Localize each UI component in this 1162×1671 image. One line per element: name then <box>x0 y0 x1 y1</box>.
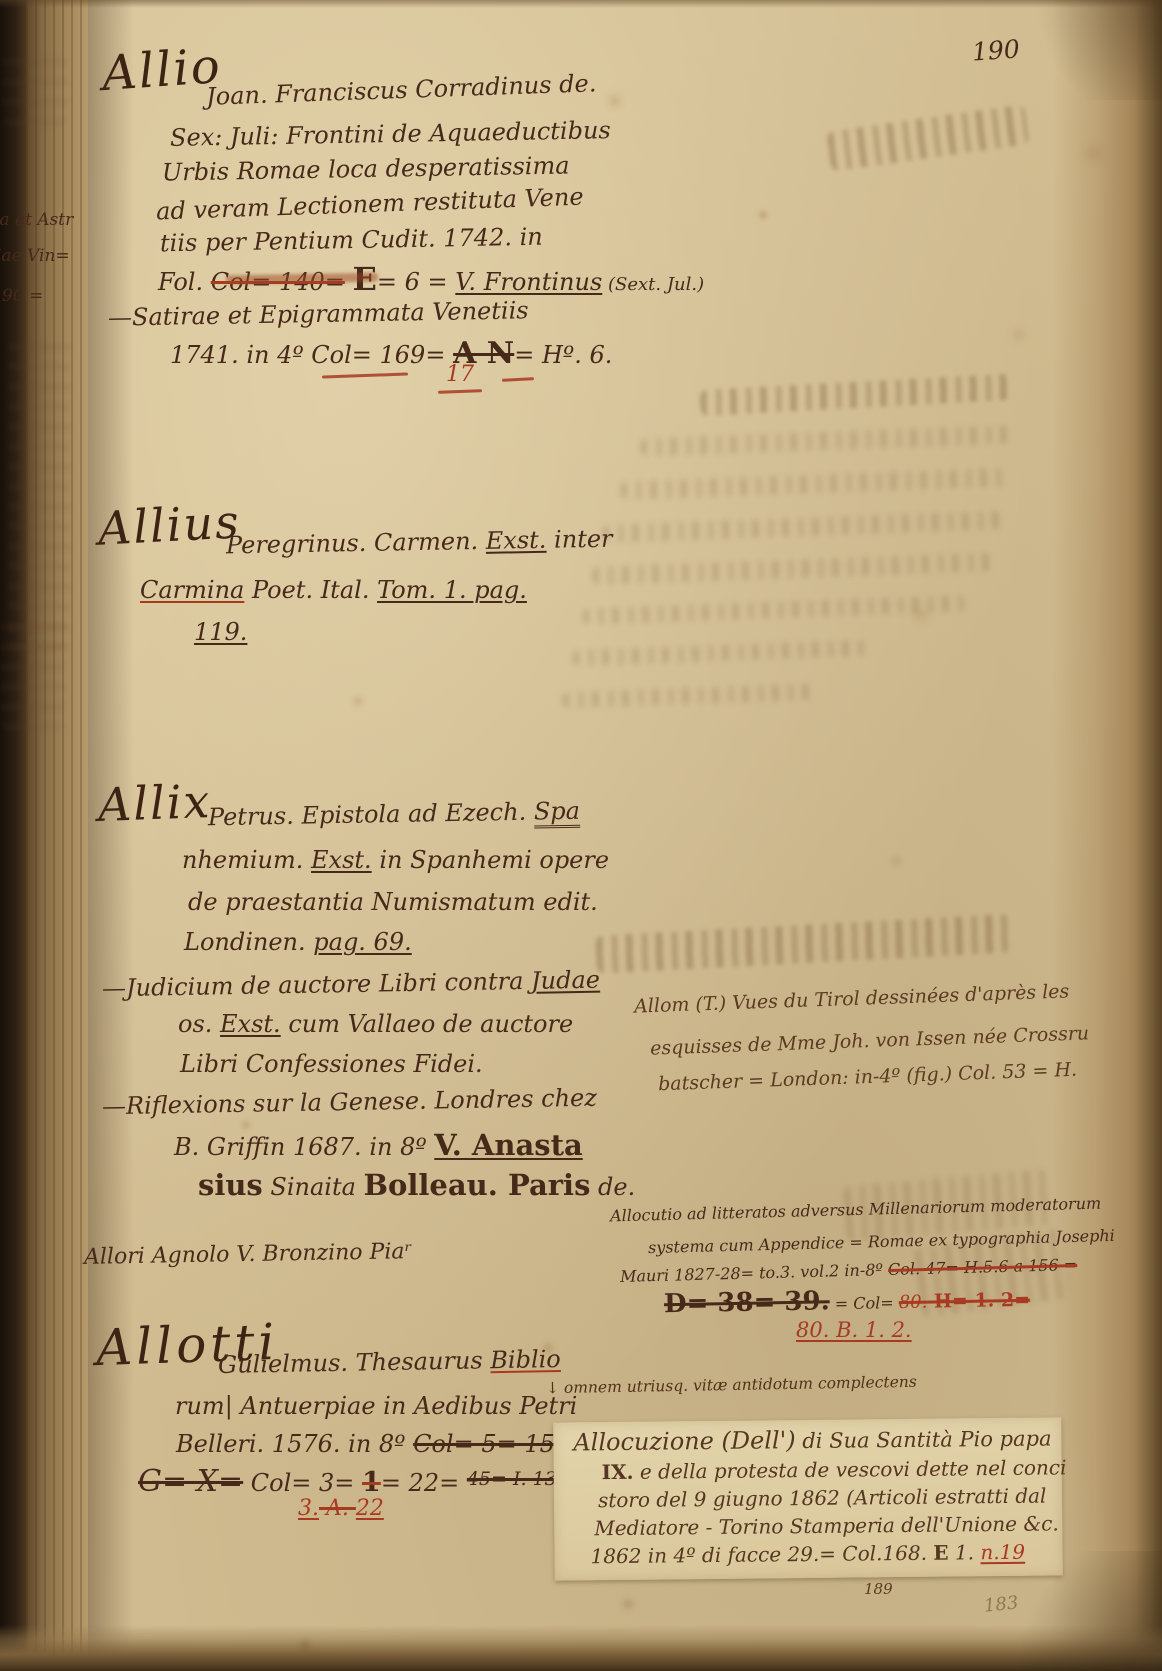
bleed-through-smudge <box>572 640 872 666</box>
entry-line: Gulielmus. Thesaurus Biblio <box>218 1345 561 1379</box>
bleed-through-smudge <box>562 684 817 709</box>
gutter-shadow <box>88 0 134 1671</box>
entry-allom-line: esquisses de Mme Joh. von Issen née Cros… <box>650 1022 1090 1059</box>
entry-line: —Satirae et Epigrammata Venetiis <box>108 296 529 331</box>
line-text: (Sext. Jul.) <box>602 274 704 295</box>
line-text: inter <box>546 525 613 554</box>
underlined-text: Exst. <box>311 846 372 874</box>
line-text: 1862 in 4º di facce 29.= Col.168. <box>590 1541 933 1569</box>
slip-line: IX. e della protesta de vescovi dette ne… <box>602 1455 1067 1484</box>
entry-allori: Allori Agnolo V. Bronzino Piaʳ <box>84 1239 413 1270</box>
bleed-through-smudge <box>592 553 997 585</box>
line-text: Fol. <box>158 268 211 296</box>
note-number: 189 <box>864 1580 893 1598</box>
line-text: os. <box>178 1010 220 1038</box>
cross-reference: Bolleau. Paris <box>364 1168 591 1202</box>
red-struck-text: A. <box>319 1496 356 1521</box>
entry-allom-line: batscher = London: in-4º (fig.) Col. 53 … <box>658 1059 1078 1096</box>
line-text: de. <box>590 1173 635 1201</box>
line-text: B. Griffin 1687. in 8º <box>174 1133 434 1161</box>
entry-allom-line: Allom (T.) Vues du Tirol dessinées d'apr… <box>634 980 1070 1017</box>
roman-numeral: IX. <box>602 1460 634 1484</box>
bleed-through-smudge <box>582 595 967 624</box>
faded-number: 183 <box>983 1592 1019 1616</box>
line-text: Londinen. <box>184 928 313 956</box>
page-number: 190 <box>971 34 1021 66</box>
line-text: e della protesta de vescovi dette nel co… <box>633 1455 1066 1484</box>
slip-line: storo del 9 giugno 1862 (Articoli estrat… <box>598 1484 1047 1513</box>
line-text: di Sua Santità Pio papa <box>795 1426 1051 1453</box>
line-text: Peregrinus. Carmen. <box>226 527 486 560</box>
entry-allocutio-line: D= 38= 39. = Col= 80. H= 1. 2= <box>664 1283 1031 1319</box>
underlined-text: Tom. 1. pag. <box>377 576 527 604</box>
entry-line: rum| Antuerpiae in Aedibus Petri <box>175 1392 577 1420</box>
page-edge-bottom <box>0 1625 1162 1671</box>
red-correction: 3. A. 22 <box>298 1496 384 1521</box>
red-underline <box>502 377 534 382</box>
pasted-slip: Allocuzione (Dell') di Sua Santità Pio p… <box>553 1417 1063 1580</box>
cross-reference: V. Anasta <box>434 1128 583 1162</box>
red-text: 22 <box>356 1496 384 1521</box>
entry-line: Carmina Poet. Ital. Tom. 1. pag. <box>140 576 527 604</box>
entry-line: de praestantia Numismatum edit. <box>188 888 598 916</box>
line-text: in Spanhemi opere <box>372 846 609 874</box>
slip-line: Mediatore - Torino Stamperia dell'Unione… <box>594 1511 1059 1540</box>
struck-shelf-letters: D= 38= 39. <box>664 1286 830 1319</box>
line-text: = Hº. 6. <box>514 341 612 369</box>
margin-fragment: 90 = <box>2 286 43 306</box>
entry-line: tiis per Pentium Cudit. 1742. in <box>160 223 543 258</box>
entry-headword-allix: Allix <box>97 774 212 832</box>
red-underline <box>322 373 408 379</box>
line-text: nhemium. <box>182 846 311 874</box>
slip-headword: Allocuzione (Dell') <box>573 1426 795 1456</box>
margin-fragment: lae Vin= <box>0 246 70 266</box>
entry-line: Belleri. 1576. in 8º Col= 5= 150= <box>176 1430 590 1458</box>
shelfmark-line: 1741. in 4º Col= 169= A N= Hº. 6. <box>170 336 612 371</box>
line-text: Sinaita <box>263 1173 364 1201</box>
red-underlined-text: Biblio <box>490 1345 561 1374</box>
double-underlined-text: Spa <box>534 797 581 829</box>
entry-line: sius Sinaita Bolleau. Paris de. <box>198 1168 635 1202</box>
underlined-text: Exst. <box>486 526 547 555</box>
underlined-text: Judae <box>531 966 600 995</box>
foxing-stains <box>0 0 6 6</box>
bleed-through-smudge <box>2 55 68 125</box>
struck-text: H= 1. 2= <box>927 1289 1030 1313</box>
entry-line: os. Exst. cum Vallaeo de auctore <box>178 1010 573 1038</box>
line-text: Col= 169= <box>311 341 445 369</box>
slip-line: 1862 in 4º di facce 29.= Col.168. E 1. n… <box>590 1540 1025 1569</box>
cross-reference: sius <box>198 1168 263 1202</box>
bleed-through-smudge <box>620 468 1010 500</box>
struck-shelf-letters: G= X= <box>138 1464 243 1499</box>
entry-line: ad veram Lectionem restituta Vene <box>156 183 584 226</box>
manuscript-catalog-page: 190 ia et Astr lae Vin= 90 = Allio Joan.… <box>0 0 1162 1671</box>
line-text: Mauri 1827-28= to.3. vol.2 in-8º <box>620 1260 888 1286</box>
bleed-through-smudge <box>0 620 66 730</box>
underlined-text: Exst. <box>220 1010 281 1038</box>
shelf-letter: E <box>933 1541 949 1565</box>
entry-line: Urbis Romae loca desperatissima <box>162 151 570 186</box>
page-edge-right-dark <box>1136 0 1162 1671</box>
margin-fragment: ia et Astr <box>0 210 73 230</box>
entry-line: —Riflexions sur la Genese. Londres chez <box>102 1084 597 1121</box>
corner-shadow-top-right <box>1012 0 1162 100</box>
line-text: —Judicium de auctore Libri contra <box>102 967 531 1002</box>
line-text: = Col= <box>830 1293 899 1313</box>
line-text: cum Vallaeo de auctore <box>281 1010 573 1038</box>
bleed-through-smudge <box>602 511 1002 543</box>
line-text: Col= 3= <box>243 1469 362 1497</box>
bleed-through-smudge <box>826 104 1030 171</box>
bleed-through-smudge <box>8 330 70 650</box>
bleed-through-smudge <box>700 374 1011 416</box>
underlined-text: pag. 69. <box>313 928 411 956</box>
slip-line: Allocuzione (Dell') di Sua Santità Pio p… <box>573 1423 1051 1456</box>
bleed-through-smudge <box>640 426 1010 457</box>
line-text: Gulielmus. Thesaurus <box>218 1346 491 1379</box>
line-text: 1. <box>948 1540 980 1564</box>
entry-line: Peregrinus. Carmen. Exst. inter <box>226 525 613 560</box>
red-underlined-text: Carmina <box>140 576 244 604</box>
red-underline <box>438 389 482 394</box>
entry-line: Londinen. pag. 69. <box>184 928 412 956</box>
page-edge-top <box>0 0 1162 8</box>
line-text: = 6 = <box>377 268 455 296</box>
struck-text: 1 <box>362 1467 381 1498</box>
entry-line: Joan. Franciscus Corradinus de. <box>206 69 597 111</box>
entry-headword-allius: Allius <box>97 494 242 555</box>
bleed-through-smudge <box>595 914 1011 974</box>
entry-line: —Judicium de auctore Libri contra Judae <box>102 966 600 1003</box>
red-text: 3. <box>298 1496 319 1521</box>
line-text: = 22= <box>381 1469 467 1497</box>
entry-headword-allio: Allio <box>100 38 223 102</box>
red-underlined-text: n.19 <box>980 1540 1025 1564</box>
red-correction: 80. B. 1. 2. <box>796 1318 912 1342</box>
shelfmark-line: G= X= Col= 3= 1= 22= 45= I. 13 = <box>138 1464 579 1499</box>
red-correction: 17 <box>446 362 474 387</box>
struck-text: 80. <box>899 1292 928 1313</box>
line-text: 1741. in 4º <box>170 341 311 369</box>
interlinear-annotation: ↓ omnem utriusq. vitæ antidotum complect… <box>546 1373 917 1397</box>
line-text: Petrus. Epistola ad Ezech. <box>208 798 534 832</box>
line-text: Poet. Ital. <box>244 576 377 604</box>
cross-reference: V. Frontinus <box>455 268 602 296</box>
entry-line: nhemium. Exst. in Spanhemi opere <box>182 846 609 874</box>
entry-line: Sex: Juli: Frontini de Aquaeductibus <box>170 116 611 152</box>
entry-line: Petrus. Epistola ad Ezech. Spa <box>208 797 580 831</box>
entry-line: B. Griffin 1687. in 8º V. Anasta <box>174 1128 583 1162</box>
line-text: Belleri. 1576. in 8º <box>176 1430 413 1458</box>
entry-line: Libri Confessiones Fidei. <box>180 1050 483 1078</box>
entry-line: 119. <box>194 618 247 646</box>
